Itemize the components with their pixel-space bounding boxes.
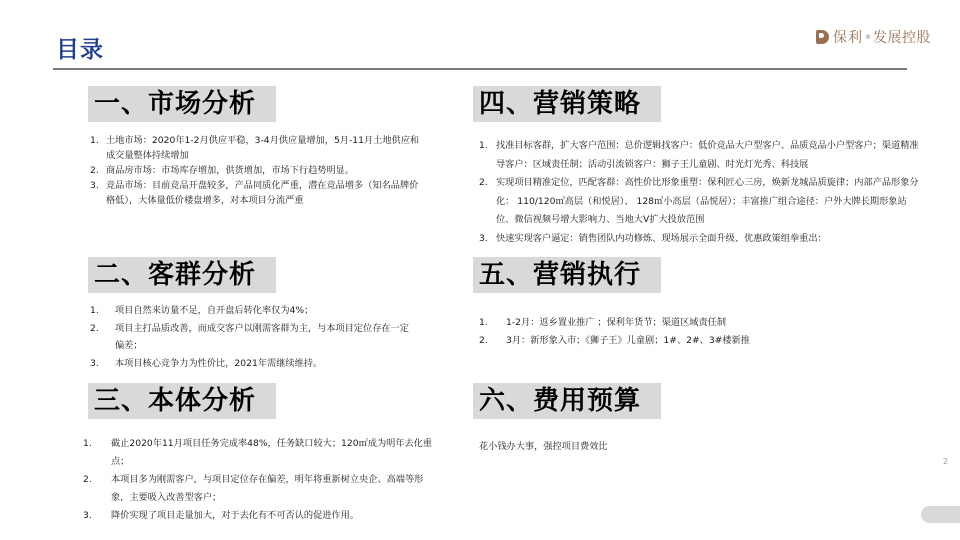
item-text: 实现项目精准定位，匹配客群：高性价比形象重塑：保利匠心三房，焕新龙城品质旋律；内…: [496, 174, 921, 230]
list-item: 1.找准目标客群，扩大客户范围：总价逻辑找客户：低价竞品大户型客户、品质竞品小户…: [479, 137, 921, 174]
section-heading-budget: 六、费用预算: [473, 383, 661, 419]
scroll-indicator[interactable]: [921, 506, 960, 523]
item-text: 本项目核心竞争力为性价比，2021年需继续维持。: [115, 355, 415, 373]
list-item: 2.项目主打品质改善，而成交客户以刚需客群为主，与本项目定位存在一定偏差；: [90, 320, 415, 355]
item-text: 本项目多为刚需客户，与项目定位存在偏差，明年将重新树立央企、高端等形象，主要吸入…: [111, 471, 438, 507]
section-heading-marketing-strategy: 四、营销策略: [473, 86, 661, 122]
list-item: 1.项目自然来访量不足，自开盘后转化率仅为4%；: [90, 302, 415, 320]
list-item: 3.本项目核心竞争力为性价比，2021年需继续维持。: [90, 355, 415, 373]
item-text: 项目主打品质改善，而成交客户以刚需客群为主，与本项目定位存在一定偏差；: [115, 320, 415, 355]
item-text: 商品房市场：市场库存增加，供货增加，市场下行趋势明显。: [106, 163, 426, 178]
item-number: 2.: [479, 332, 506, 350]
list-item: 1.土地市场：2020年1-2月供应平稳，3-4月供应量增加，5月-11月土地供…: [90, 133, 426, 163]
list-item: 2.本项目多为刚需客户，与项目定位存在偏差，明年将重新树立央企、高端等形象，主要…: [83, 471, 438, 507]
marketing-strategy-list: 1.找准目标客群，扩大客户范围：总价逻辑找客户：低价竞品大户型客户、品质竞品小户…: [479, 137, 921, 248]
section-heading-marketing-execution: 五、营销执行: [473, 257, 661, 293]
item-text: 找准目标客群，扩大客户范围：总价逻辑找客户：低价竞品大户型客户、品质竞品小户型客…: [496, 137, 921, 174]
item-text: 竞品市场：目前竞品开盘较多，产品同质化严重，潜在竞品增多（知名品牌价格低），大体…: [106, 178, 426, 208]
item-text: 快速实现客户逼定：销售团队内功修炼、现场展示全面升级、优惠政策组拳重出：: [496, 230, 921, 249]
section-heading-customer-analysis: 二、客群分析: [88, 257, 276, 293]
logo-registered-mark: ®: [865, 34, 871, 41]
item-text: 降价实现了项目走量加大，对于去化有不可否认的促进作用。: [111, 507, 438, 525]
item-number: 3.: [90, 178, 106, 208]
budget-text: 花小钱办大事，强控项目费效比: [479, 439, 608, 454]
item-text: 1-2月：返乡置业推广 ；保利年货节；渠道区域责任制: [506, 314, 799, 332]
item-number: 3.: [83, 507, 111, 525]
item-number: 1.: [479, 137, 496, 174]
company-logo: 保利 ® 发展控股: [816, 27, 931, 47]
list-item: 2.商品房市场：市场库存增加，供货增加，市场下行趋势明显。: [90, 163, 426, 178]
customer-analysis-list: 1.项目自然来访量不足，自开盘后转化率仅为4%； 2.项目主打品质改善，而成交客…: [90, 302, 415, 372]
list-item: 2.实现项目精准定位，匹配客群：高性价比形象重塑：保利匠心三房，焕新龙城品质旋律…: [479, 174, 921, 230]
logo-mark-icon: [816, 30, 829, 44]
item-number: 2.: [90, 320, 115, 355]
item-number: 1.: [90, 302, 115, 320]
logo-brand: 保利: [833, 27, 863, 47]
item-number: 2.: [90, 163, 106, 178]
list-item: 1.1-2月：返乡置业推广 ；保利年货节；渠道区域责任制: [479, 314, 799, 332]
item-number: 2.: [83, 471, 111, 507]
section-heading-market-analysis: 一、市场分析: [88, 86, 276, 122]
list-item: 2.3月：新形象入市；《狮子王》儿童剧；1#、2#、3#楼新推: [479, 332, 799, 350]
page-title: 目录: [56, 31, 104, 64]
section-heading-property-analysis: 三、本体分析: [88, 383, 276, 419]
property-analysis-list: 1.截止2020年11月项目任务完成率48%，任务缺口较大；120㎡成为明年去化…: [83, 435, 438, 525]
list-item: 1.截止2020年11月项目任务完成率48%，任务缺口较大；120㎡成为明年去化…: [83, 435, 438, 471]
item-number: 3.: [90, 355, 115, 373]
title-divider: [53, 68, 907, 70]
item-number: 1.: [83, 435, 111, 471]
item-number: 1.: [479, 314, 506, 332]
item-text: 截止2020年11月项目任务完成率48%，任务缺口较大；120㎡成为明年去化重点…: [111, 435, 438, 471]
item-text: 土地市场：2020年1-2月供应平稳，3-4月供应量增加，5月-11月土地供应和…: [106, 133, 426, 163]
item-number: 3.: [479, 230, 496, 249]
page-number: 2: [943, 457, 948, 466]
item-text: 项目自然来访量不足，自开盘后转化率仅为4%；: [115, 302, 415, 320]
marketing-execution-list: 1.1-2月：返乡置业推广 ；保利年货节；渠道区域责任制 2.3月：新形象入市；…: [479, 314, 799, 350]
list-item: 3.快速实现客户逼定：销售团队内功修炼、现场展示全面升级、优惠政策组拳重出：: [479, 230, 921, 249]
logo-subtitle: 发展控股: [873, 27, 931, 47]
market-analysis-list: 1.土地市场：2020年1-2月供应平稳，3-4月供应量增加，5月-11月土地供…: [90, 133, 426, 208]
item-number: 2.: [479, 174, 496, 230]
item-text: 3月：新形象入市；《狮子王》儿童剧；1#、2#、3#楼新推: [506, 332, 799, 350]
list-item: 3.竞品市场：目前竞品开盘较多，产品同质化严重，潜在竞品增多（知名品牌价格低），…: [90, 178, 426, 208]
item-number: 1.: [90, 133, 106, 163]
list-item: 3.降价实现了项目走量加大，对于去化有不可否认的促进作用。: [83, 507, 438, 525]
